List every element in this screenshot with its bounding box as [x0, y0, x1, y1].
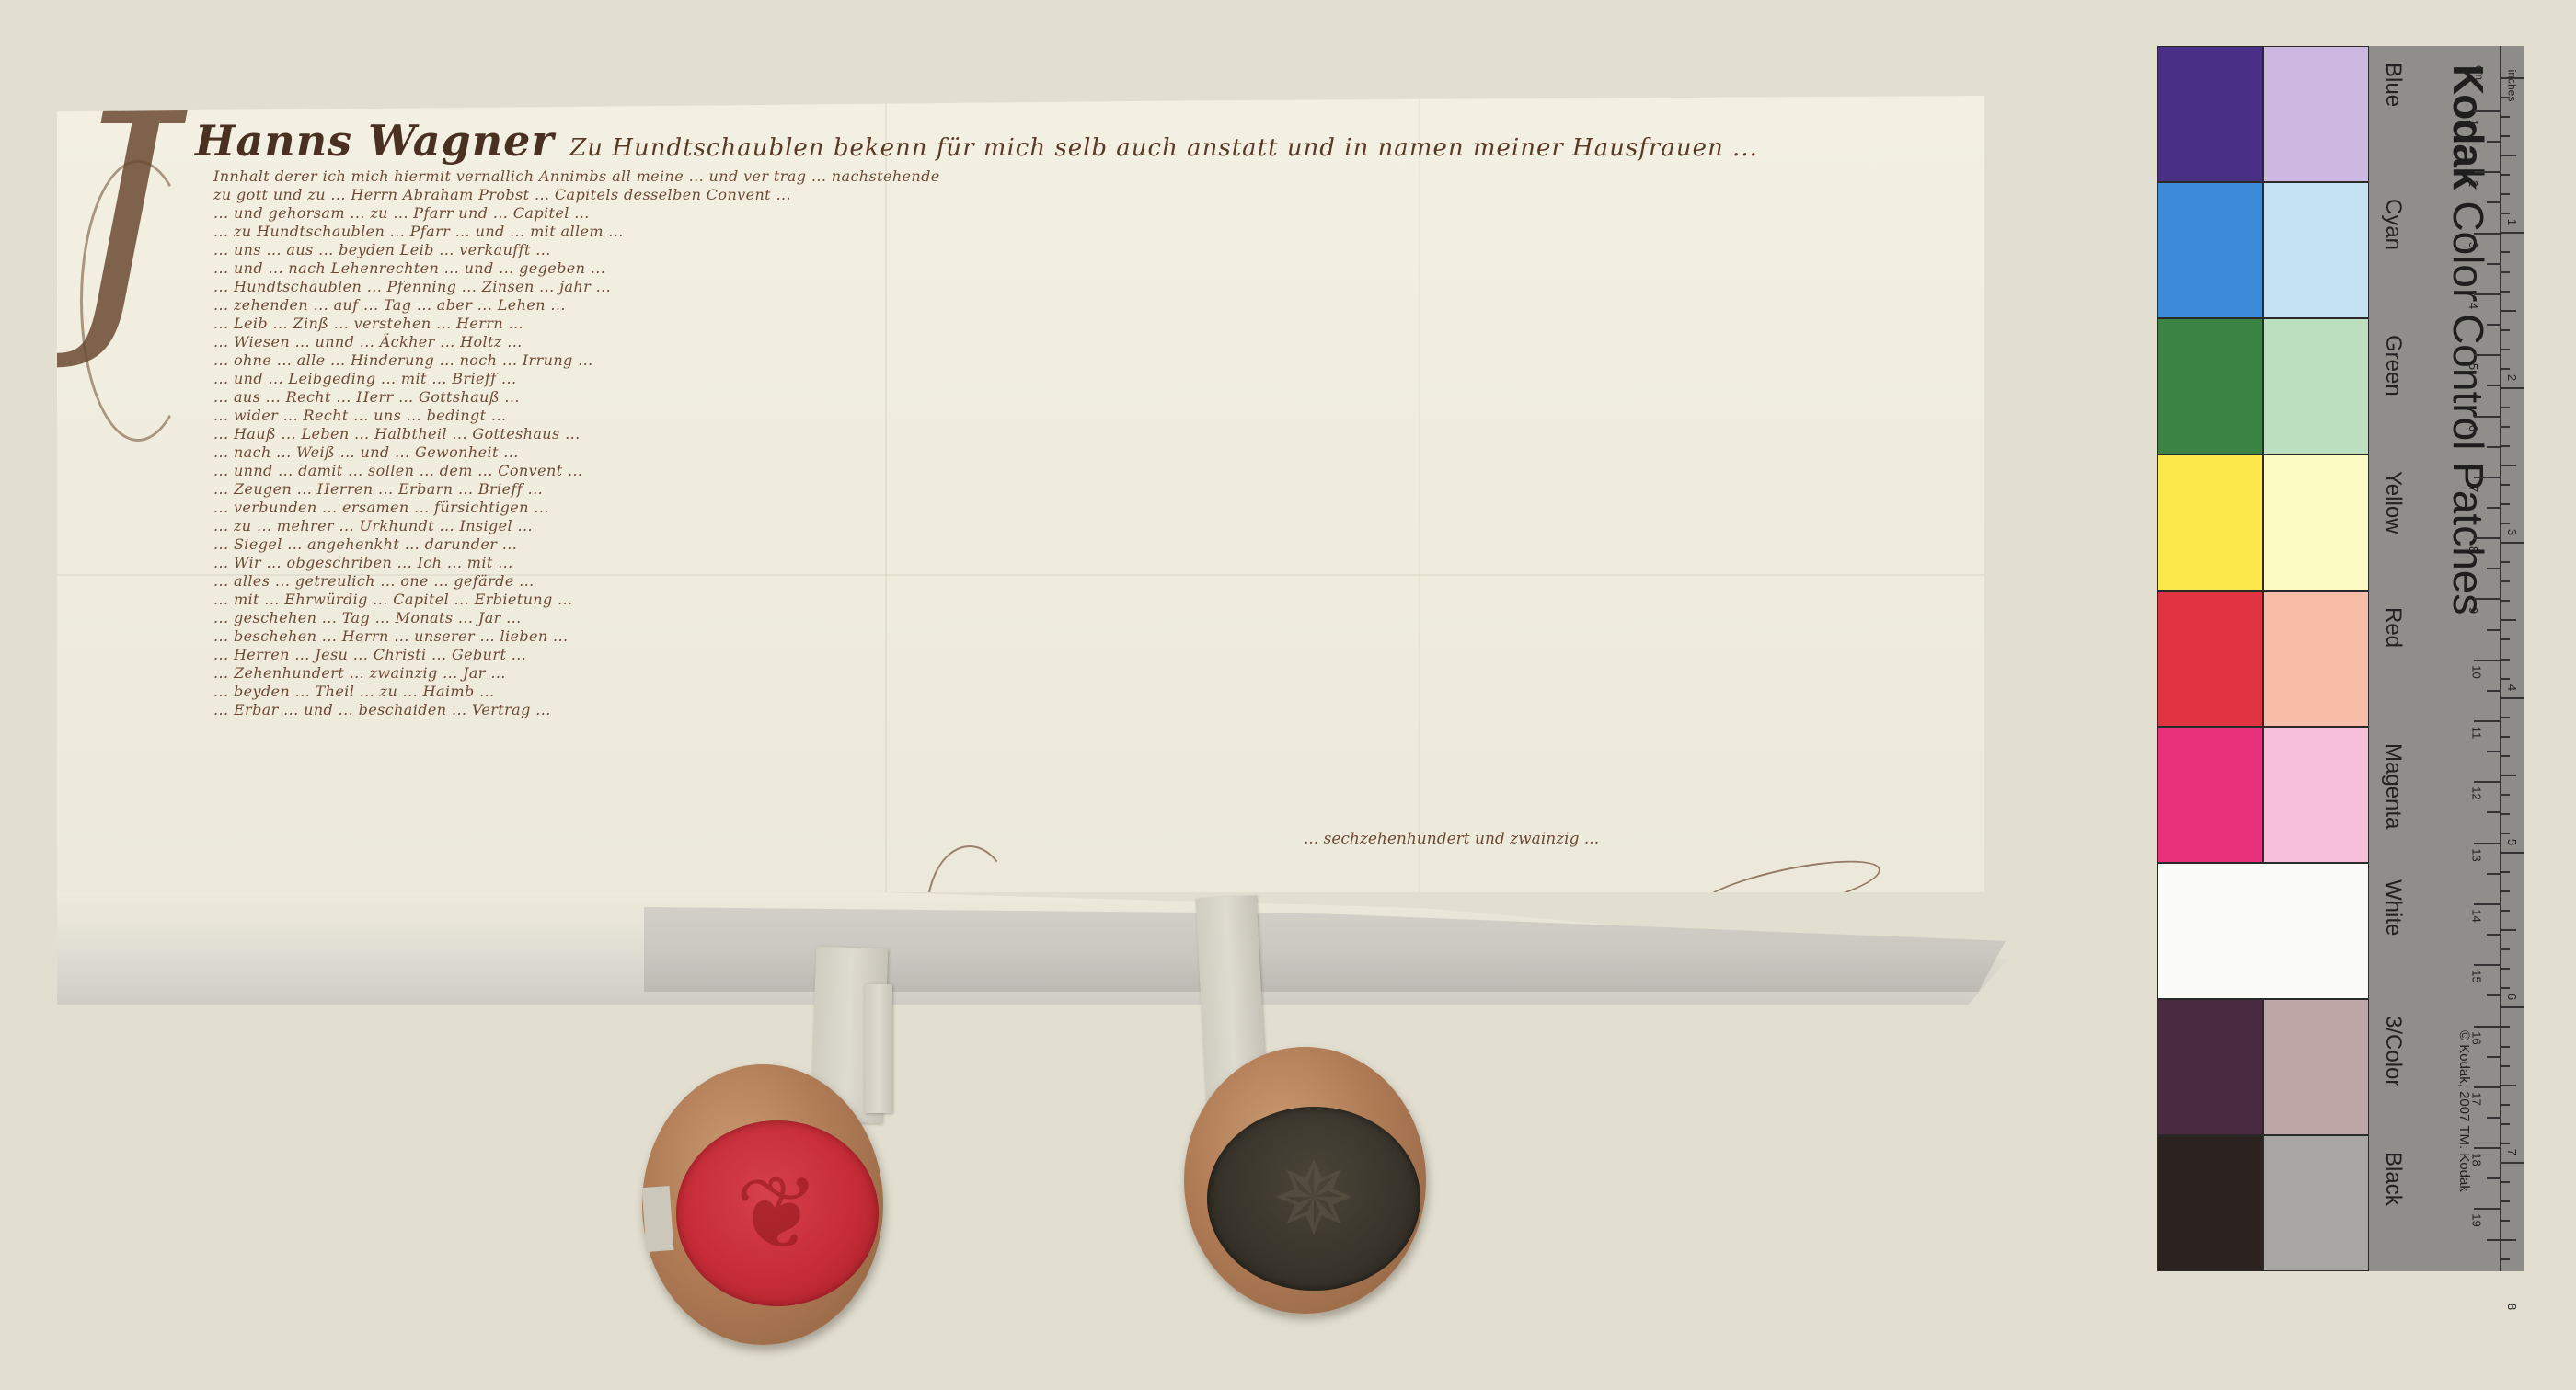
decorated-initial: J [64, 77, 193, 464]
charter-text-body: Innhalt derer ich mich hiermit vernallic… [213, 167, 1961, 719]
inch-subtick [2501, 1104, 2510, 1106]
inch-subtick [2501, 910, 2510, 912]
script-line: ... und ... nach Lehenrechten ... und ..… [213, 259, 1961, 278]
cm-tick [2474, 660, 2500, 661]
seal-strap-left-tail [865, 984, 892, 1113]
inch-subtick [2501, 561, 2510, 563]
cm-half-tick [2487, 873, 2500, 875]
patch-red-light [2263, 591, 2369, 727]
cm-half-tick [2487, 1177, 2500, 1179]
cm-tick-label: 1 [2467, 120, 2480, 126]
inch-subtick [2501, 794, 2510, 796]
script-line: ... Hundtschaublen ... Pfenning ... Zins… [213, 278, 1961, 296]
script-line: ... uns ... aus ... beyden Leib ... verk… [213, 241, 1961, 259]
cm-tick [2474, 964, 2500, 966]
inch-subtick [2501, 310, 2516, 312]
inch-subtick [2501, 368, 2510, 370]
inch-subtick [2501, 1143, 2510, 1144]
cm-tick [2474, 1208, 2500, 1210]
script-line: ... unnd ... damit ... sollen ... dem ..… [213, 462, 1961, 480]
cm-tick-label: 15 [2470, 970, 2484, 982]
script-line: ... geschehen ... Tag ... Monats ... Jar… [213, 609, 1961, 627]
script-line: ... Hauß ... Leben ... Halbtheil ... Got… [213, 425, 1961, 443]
cm-tick-label: 13 [2470, 848, 2484, 861]
inch-subtick [2501, 1258, 2510, 1260]
inch-tick [2501, 1162, 2524, 1164]
cm-tick-label: 19 [2470, 1214, 2484, 1227]
cm-half-tick [2487, 751, 2500, 752]
inch-subtick [2501, 155, 2516, 156]
script-line: ... und ... Leibgeding ... mit ... Brief… [213, 370, 1961, 388]
script-line: ... und gehorsam ... zu ... Pfarr und ..… [213, 204, 1961, 223]
script-line: ... Erbar ... und ... beschaiden ... Ver… [213, 701, 1961, 719]
dark-wax-seal: ✵ [1207, 1107, 1420, 1291]
patch-magenta-dark [2157, 727, 2263, 863]
cm-tick [2474, 233, 2500, 235]
inch-tick-label: 5 [2505, 839, 2519, 845]
script-line: ... alles ... getreulich ... one ... gef… [213, 572, 1961, 591]
inch-subtick [2501, 1123, 2510, 1125]
patch-label-green: Green [2378, 335, 2406, 471]
patch-3-color-dark [2157, 999, 2263, 1135]
cm-tick [2474, 781, 2500, 783]
cm-tick-label: 12 [2470, 787, 2484, 800]
inch-subtick [2501, 251, 2510, 253]
inch-tick-label: 8 [2505, 1304, 2519, 1310]
inch-subtick [2501, 580, 2510, 582]
cm-half-tick [2487, 385, 2500, 386]
inch-subtick [2501, 1046, 2510, 1048]
cm-tick-label: 4 [2467, 303, 2480, 309]
inch-tick-label: 3 [2505, 529, 2519, 535]
inch-subtick [2501, 1026, 2510, 1028]
patch-label-cyan: Cyan [2378, 199, 2406, 335]
seal-emblem-icon: ❦ [676, 1120, 879, 1306]
inch-tick-label: 1 [2505, 219, 2519, 225]
cm-half-tick [2487, 629, 2500, 631]
inch-subtick [2501, 1239, 2516, 1241]
inch-tick-label: 4 [2505, 684, 2519, 690]
cm-tick [2474, 1086, 2500, 1088]
cm-tick-label: 17 [2470, 1092, 2484, 1105]
cm-half-tick [2487, 324, 2500, 326]
script-line: ... Wiesen ... unnd ... Äckher ... Holtz… [213, 333, 1961, 351]
inch-subtick [2501, 523, 2510, 524]
inch-subtick [2501, 987, 2510, 989]
inch-subtick [2501, 813, 2510, 815]
inch-subtick [2501, 736, 2510, 738]
patch-green-light [2263, 318, 2369, 454]
cm-tick-label: 2 [2467, 180, 2480, 187]
inch-subtick [2501, 1181, 2510, 1183]
cm-half-tick [2487, 1239, 2500, 1241]
inch-tick [2501, 697, 2524, 699]
patch-label-white: White [2378, 879, 2406, 1016]
inch-subtick [2501, 426, 2510, 428]
cm-tick [2474, 843, 2500, 844]
script-line: ... zu ... mehrer ... Urkhundt ... Insig… [213, 517, 1961, 535]
cm-tick [2474, 720, 2500, 722]
charter-heading: Hanns Wagner Zu Hundtschaublen bekenn fü… [195, 116, 1758, 166]
inch-tick [2501, 232, 2524, 234]
cm-tick [2474, 903, 2500, 905]
patch-green-dark [2157, 318, 2263, 454]
inch-subtick [2501, 833, 2510, 834]
inch-subtick [2501, 890, 2510, 892]
cm-tick-label: 6 [2467, 424, 2480, 431]
script-line: ... zu Hundtschaublen ... Pfarr ... und … [213, 223, 1961, 241]
inch-tick [2501, 542, 2524, 544]
script-line: ... ohne ... alle ... Hinderung ... noch… [213, 351, 1961, 370]
seal-emblem-icon: ✵ [1207, 1107, 1420, 1291]
cm-tick-label: 11 [2469, 727, 2483, 740]
inch-tick [2501, 387, 2524, 389]
cm-tick [2474, 598, 2500, 600]
inch-subtick [2501, 329, 2510, 331]
inch-subtick [2501, 1085, 2516, 1086]
script-line: ... mit ... Ehrwürdig ... Capitel ... Er… [213, 591, 1961, 609]
patch-cyan-light [2263, 182, 2369, 318]
cm-half-tick [2487, 811, 2500, 813]
cm-half-tick [2487, 568, 2500, 569]
inch-subtick [2501, 619, 2516, 621]
inch-subtick [2501, 1220, 2510, 1222]
cm-tick [2474, 354, 2500, 356]
script-line: ... wider ... Recht ... uns ... bedingt … [213, 407, 1961, 425]
inch-subtick [2501, 291, 2510, 293]
script-line: ... beschehen ... Herrn ... unserer ... … [213, 627, 1961, 646]
script-line: ... Wir ... obgeschriben ... Ich ... mit… [213, 554, 1961, 572]
cm-half-tick [2487, 446, 2500, 448]
inch-subtick [2501, 1200, 2510, 1202]
cm-unit-label: cm [2473, 65, 2486, 80]
cm-half-tick [2487, 507, 2500, 509]
inch-tick [2501, 852, 2524, 854]
inch-tick [2501, 1006, 2524, 1008]
charter-parchment: J Hanns Wagner Zu Hundtschaublen bekenn … [57, 96, 1984, 892]
inch-subtick [2501, 407, 2510, 408]
cm-half-tick [2487, 934, 2500, 936]
inch-subtick [2501, 445, 2510, 447]
cm-half-tick [2487, 690, 2500, 692]
inch-subtick [2501, 775, 2516, 776]
patch-label-magenta: Magenta [2378, 743, 2406, 879]
patch-label-black: Black [2378, 1152, 2406, 1288]
script-line: ... nach ... Weiß ... und ... Gewonheit … [213, 443, 1961, 462]
inch-subtick [2501, 349, 2510, 350]
inch-subtick [2501, 135, 2510, 137]
inch-subtick [2501, 271, 2510, 273]
cm-half-tick [2487, 994, 2500, 996]
cm-tick [2474, 1026, 2500, 1028]
patch-blue-light [2263, 46, 2369, 182]
inch-subtick [2501, 968, 2510, 970]
red-wax-seal: ❦ [676, 1120, 879, 1306]
cm-tick-label: 16 [2470, 1031, 2484, 1044]
cm-half-tick [2487, 201, 2500, 203]
script-line: zu gott und zu ... Herrn Abraham Probst … [213, 186, 1961, 204]
inch-subtick [2501, 484, 2510, 486]
patch-label-3-color: 3/Color [2378, 1016, 2406, 1152]
inch-subtick [2501, 929, 2516, 931]
inch-tick-label: 7 [2505, 1149, 2519, 1155]
patch-red-dark [2157, 591, 2263, 727]
patch-black-dark [2157, 1135, 2263, 1271]
inch-subtick [2501, 948, 2510, 950]
patch-white [2157, 863, 2369, 999]
patch-cyan-dark [2157, 182, 2263, 318]
cm-tick-label: 18 [2470, 1153, 2484, 1166]
cm-tick-label: 5 [2467, 363, 2480, 370]
script-line: ... Zehenhundert ... zwainzig ... Jar ..… [213, 664, 1961, 683]
inch-subtick [2501, 600, 2510, 602]
cm-tick [2474, 293, 2500, 295]
cm-tick-label: 14 [2470, 909, 2484, 922]
inch-subtick [2501, 465, 2516, 466]
cm-tick [2474, 537, 2500, 539]
patch-black-light [2263, 1135, 2369, 1271]
inch-subtick [2501, 717, 2510, 718]
kodak-color-target: Kodak Color Control Patches © Kodak, 200… [2157, 46, 2523, 1271]
cm-half-tick [2487, 1117, 2500, 1119]
inch-subtick [2501, 503, 2510, 505]
inch-subtick [2501, 1065, 2510, 1067]
inch-subtick [2501, 638, 2510, 640]
inch-tick [2501, 77, 2524, 79]
script-line: ... zehenden ... auf ... Tag ... aber ..… [213, 296, 1961, 315]
patch-label-red: Red [2378, 607, 2406, 743]
inch-subtick [2501, 213, 2510, 214]
color-patch-grid [2157, 46, 2369, 1271]
script-line: ... verbunden ... ersamen ... fürsichtig… [213, 499, 1961, 517]
script-line: ... Siegel ... angehenkht ... darunder .… [213, 535, 1961, 554]
cm-half-tick [2487, 263, 2500, 265]
cm-tick [2474, 1147, 2500, 1149]
cm-ruler: cm12345678910111213141516171819 [2468, 46, 2500, 1271]
inch-subtick [2501, 116, 2510, 118]
inch-subtick [2501, 174, 2510, 176]
inch-ruler: inches12345678 [2500, 46, 2524, 1271]
script-line: ... beyden ... Theil ... zu ... Haimb ..… [213, 683, 1961, 701]
cm-tick-label: 9 [2467, 607, 2480, 614]
inch-subtick [2501, 659, 2510, 661]
script-line: ... aus ... Recht ... Herr ... Gottshauß… [213, 388, 1961, 407]
script-line: ... Herren ... Jesu ... Christi ... Gebu… [213, 646, 1961, 664]
inch-subtick [2501, 193, 2510, 195]
script-line: ... Leib ... Zinß ... verstehen ... Herr… [213, 315, 1961, 333]
heading-continuation: Zu Hundtschaublen bekenn für mich selb a… [569, 134, 1758, 162]
cm-half-tick [2487, 1056, 2500, 1058]
cm-tick-label: 8 [2467, 546, 2480, 553]
cm-tick [2474, 416, 2500, 418]
inch-subtick [2501, 755, 2510, 757]
inch-tick-label: 2 [2505, 374, 2519, 381]
cm-tick-label: 10 [2470, 665, 2484, 678]
cm-tick [2474, 171, 2500, 173]
cm-tick [2474, 477, 2500, 478]
patch-label-yellow: Yellow [2378, 471, 2406, 607]
inch-tick-label: 6 [2505, 994, 2519, 1000]
script-line: ... Zeugen ... Herren ... Erbarn ... Bri… [213, 480, 1961, 499]
inch-subtick [2501, 871, 2510, 873]
patch-yellow-light [2263, 454, 2369, 591]
script-line: Innhalt derer ich mich hiermit vernallic… [213, 167, 1961, 186]
patch-3-color-light [2263, 999, 2369, 1135]
patch-blue-dark [2157, 46, 2263, 182]
cm-half-tick [2487, 141, 2500, 143]
heading-name: Hanns Wagner [195, 116, 555, 166]
signature-flourish [1693, 849, 1885, 927]
patch-label-blue: Blue [2378, 63, 2406, 199]
cm-tick-label: 7 [2467, 486, 2480, 492]
dating-clause: ... sechzehenhundert und zwainzig ... [1304, 830, 1599, 848]
patch-yellow-dark [2157, 454, 2263, 591]
inch-subtick [2501, 97, 2510, 98]
strap-end [642, 1186, 674, 1252]
cm-tick [2474, 110, 2500, 112]
patch-magenta-light [2263, 727, 2369, 863]
inch-subtick [2501, 678, 2510, 680]
cm-tick-label: 3 [2467, 241, 2480, 247]
